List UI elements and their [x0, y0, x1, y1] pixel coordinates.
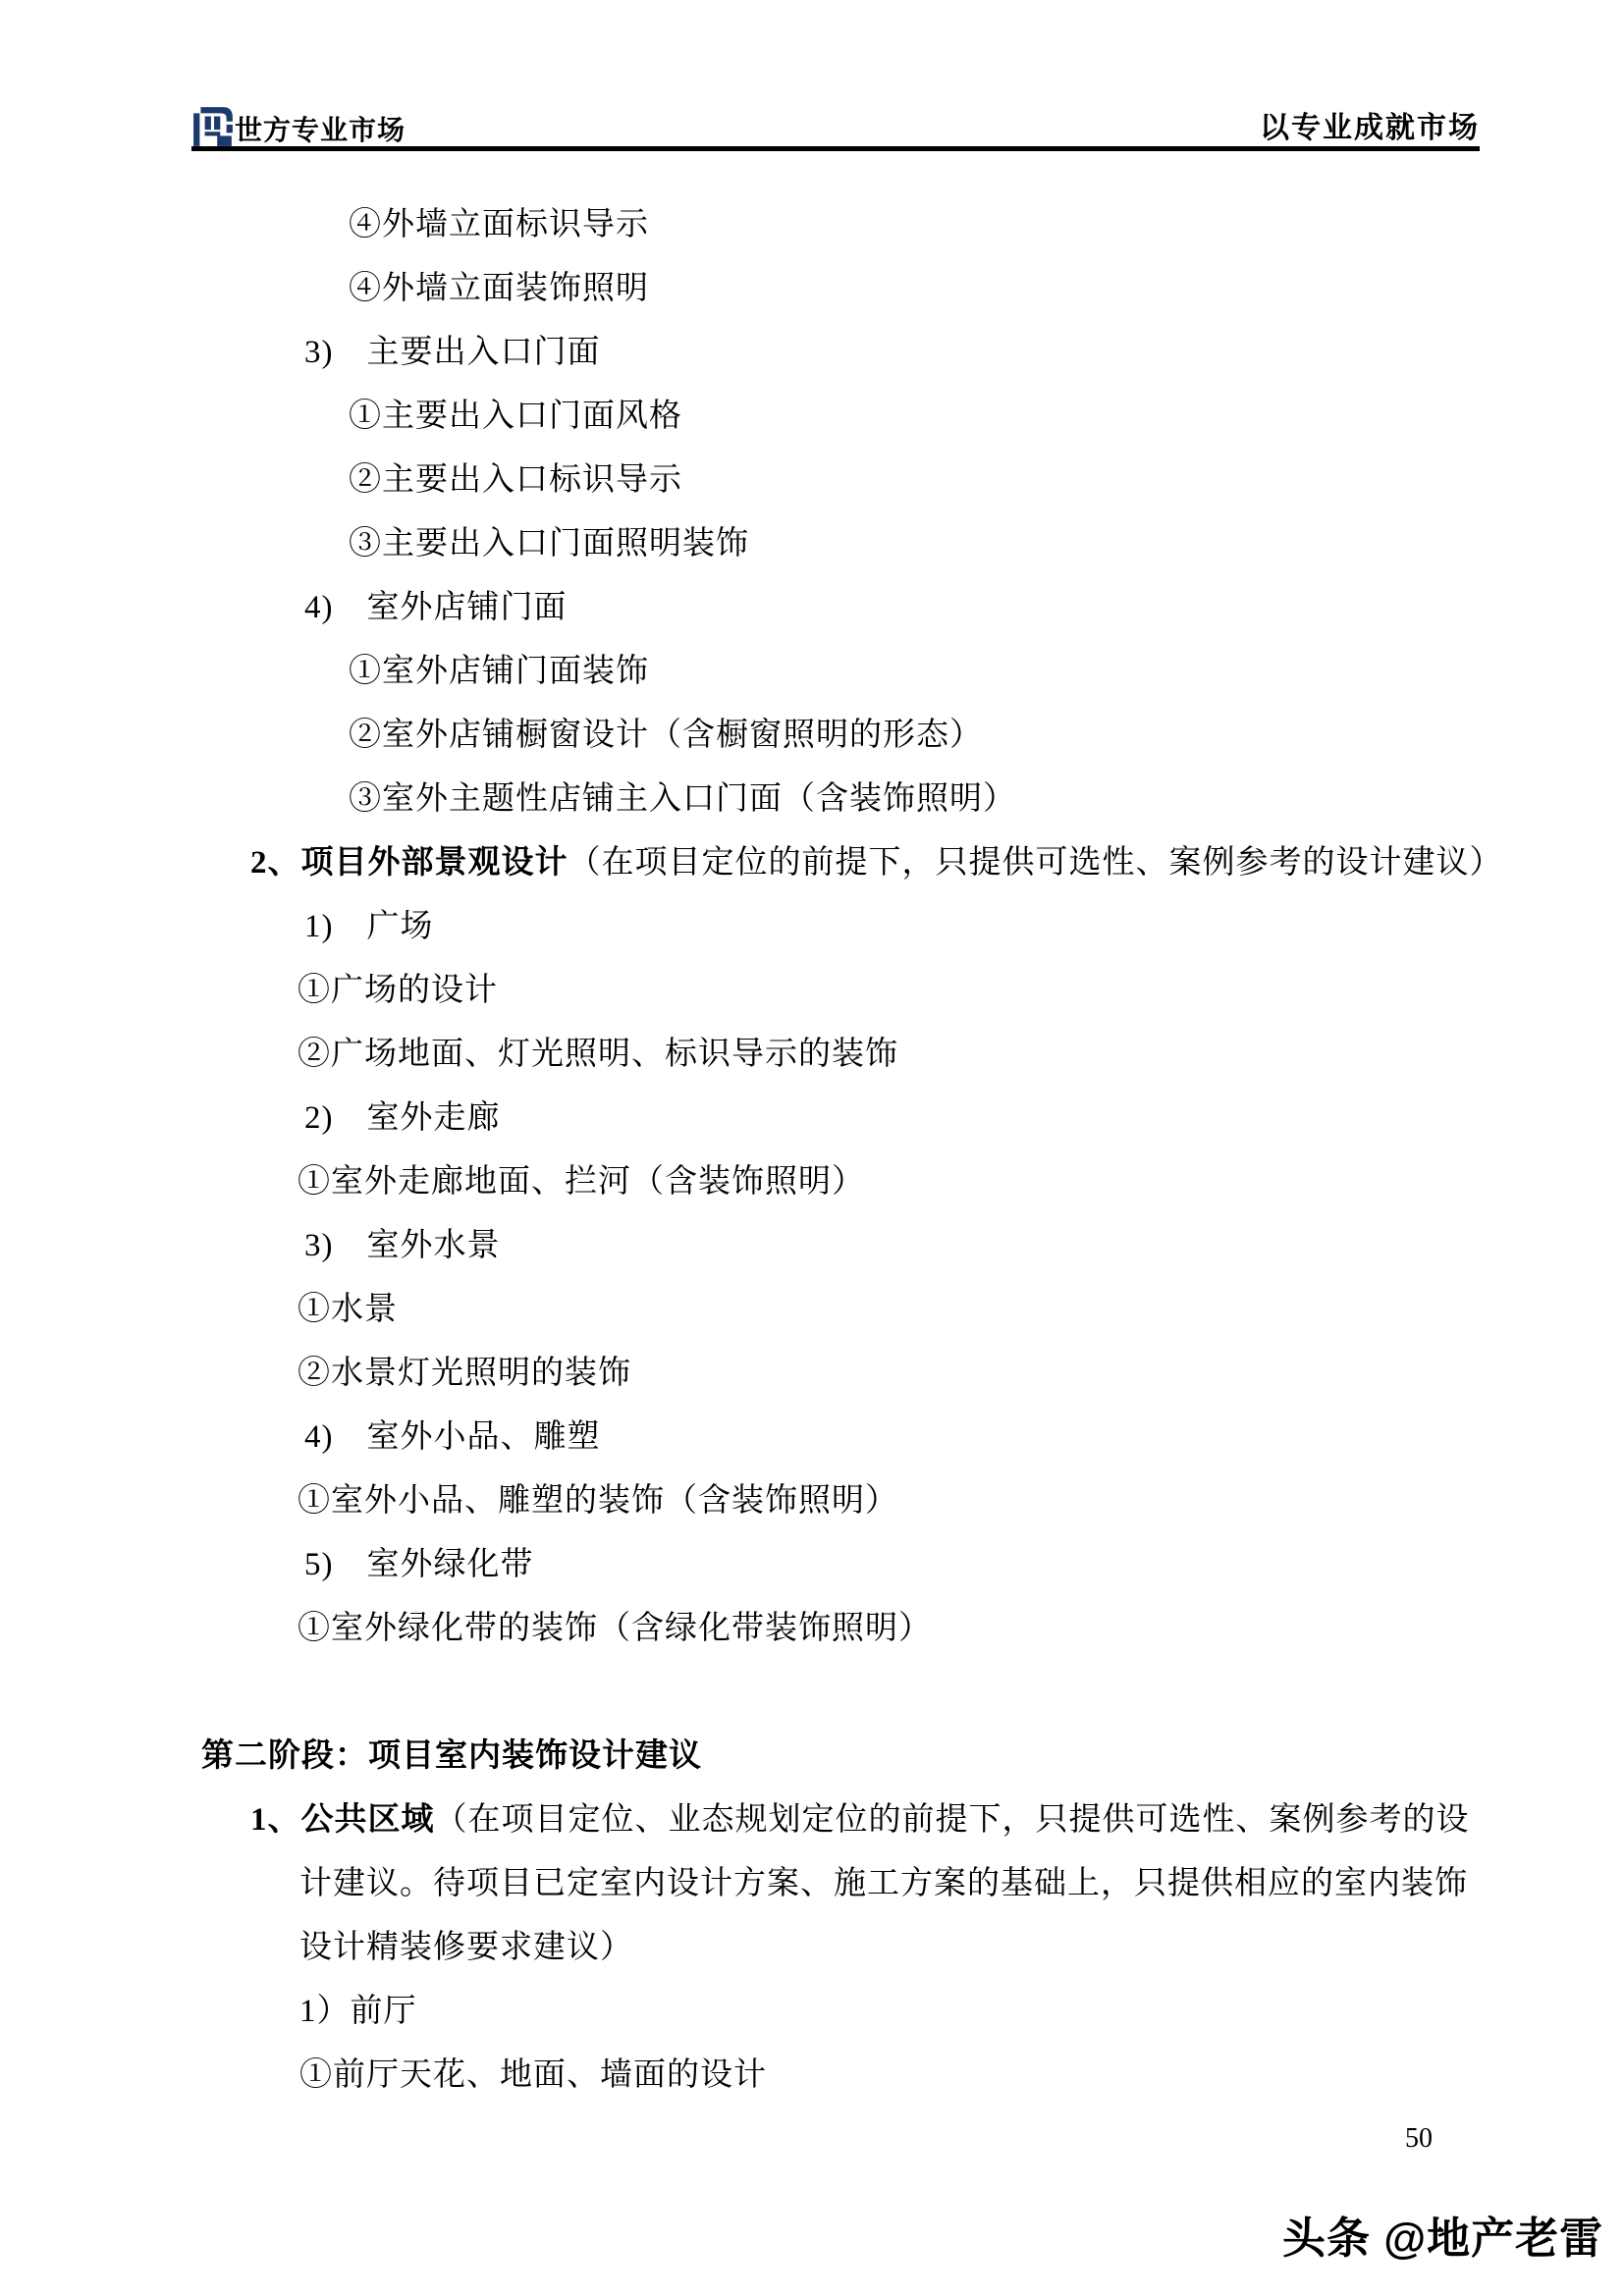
document-line: ①室外走廊地面、拦河（含装饰照明）	[0, 1150, 1624, 1214]
document-line: ①室外店铺门面装饰	[0, 640, 1624, 704]
document-line: 2) 室外走廊	[0, 1087, 1624, 1150]
document-line: ①主要出入口门面风格	[0, 385, 1624, 449]
document-line-heading: 第二阶段：项目室内装饰设计建议	[201, 1738, 702, 1774]
header-slogan: 以专业成就市场	[1260, 112, 1480, 144]
document-line: 3) 主要出入口门面	[0, 321, 1624, 385]
document-line: 2、项目外部景观设计（在项目定位的前提下，只提供可选性、案例参考的设计建议）	[0, 831, 1624, 895]
document-body: ④外墙立面标识导示④外墙立面装饰照明3) 主要出入口门面①主要出入口门面风格②主…	[0, 193, 1624, 2108]
document-line: ①广场的设计	[0, 959, 1624, 1023]
document-line: ②广场地面、灯光照明、标识导示的装饰	[0, 1023, 1624, 1087]
document-line: ④外墙立面标识导示	[0, 193, 1624, 257]
watermark: 头条 @地产老雷	[1282, 2203, 1603, 2266]
document-line: 第二阶段：项目室内装饰设计建议	[0, 1725, 1624, 1789]
document-line: 计建议。待项目已定室内设计方案、施工方案的基础上，只提供相应的室内装饰	[0, 1852, 1624, 1916]
document-line: ④外墙立面装饰照明	[0, 257, 1624, 321]
document-line: ①室外绿化带的装饰（含绿化带装饰照明）	[0, 1597, 1624, 1661]
page-number: 50	[1387, 2122, 1450, 2156]
page-header: 世方专业市场 以专业成就市场	[191, 100, 1480, 151]
document-line-heading: 1、公共区域	[250, 1802, 435, 1838]
document-line: 3) 室外水景	[0, 1214, 1624, 1278]
document-line: 设计精装修要求建议）	[0, 1916, 1624, 1980]
document-line: 4) 室外小品、雕塑	[0, 1406, 1624, 1469]
document-line: 1）前厅	[0, 1980, 1624, 2044]
document-line: ②主要出入口标识导示	[0, 449, 1624, 512]
document-line: 1) 广场	[0, 895, 1624, 959]
document-line: 1、公共区域（在项目定位、业态规划定位的前提下，只提供可选性、案例参考的设	[0, 1789, 1624, 1852]
document-line: ③室外主题性店铺主入口门面（含装饰照明）	[0, 768, 1624, 831]
document-line: 5) 室外绿化带	[0, 1533, 1624, 1597]
brand-logo-icon	[191, 105, 235, 148]
document-line: ①水景	[0, 1278, 1624, 1342]
document-line-heading: 2、项目外部景观设计	[250, 845, 568, 881]
brand: 世方专业市场	[191, 105, 406, 146]
document-line: 4) 室外店铺门面	[0, 576, 1624, 640]
brand-name: 世方专业市场	[235, 115, 406, 146]
document-line: ③主要出入口门面照明装饰	[0, 512, 1624, 576]
document-line: ②室外店铺橱窗设计（含橱窗照明的形态）	[0, 704, 1624, 768]
document-line: ①室外小品、雕塑的装饰（含装饰照明）	[0, 1469, 1624, 1533]
blank-line	[0, 1661, 1624, 1725]
document-page: 世方专业市场 以专业成就市场 ④外墙立面标识导示④外墙立面装饰照明3) 主要出入…	[0, 0, 1624, 2296]
document-line: ②水景灯光照明的装饰	[0, 1342, 1624, 1406]
document-line: ①前厅天花、地面、墙面的设计	[0, 2044, 1624, 2108]
